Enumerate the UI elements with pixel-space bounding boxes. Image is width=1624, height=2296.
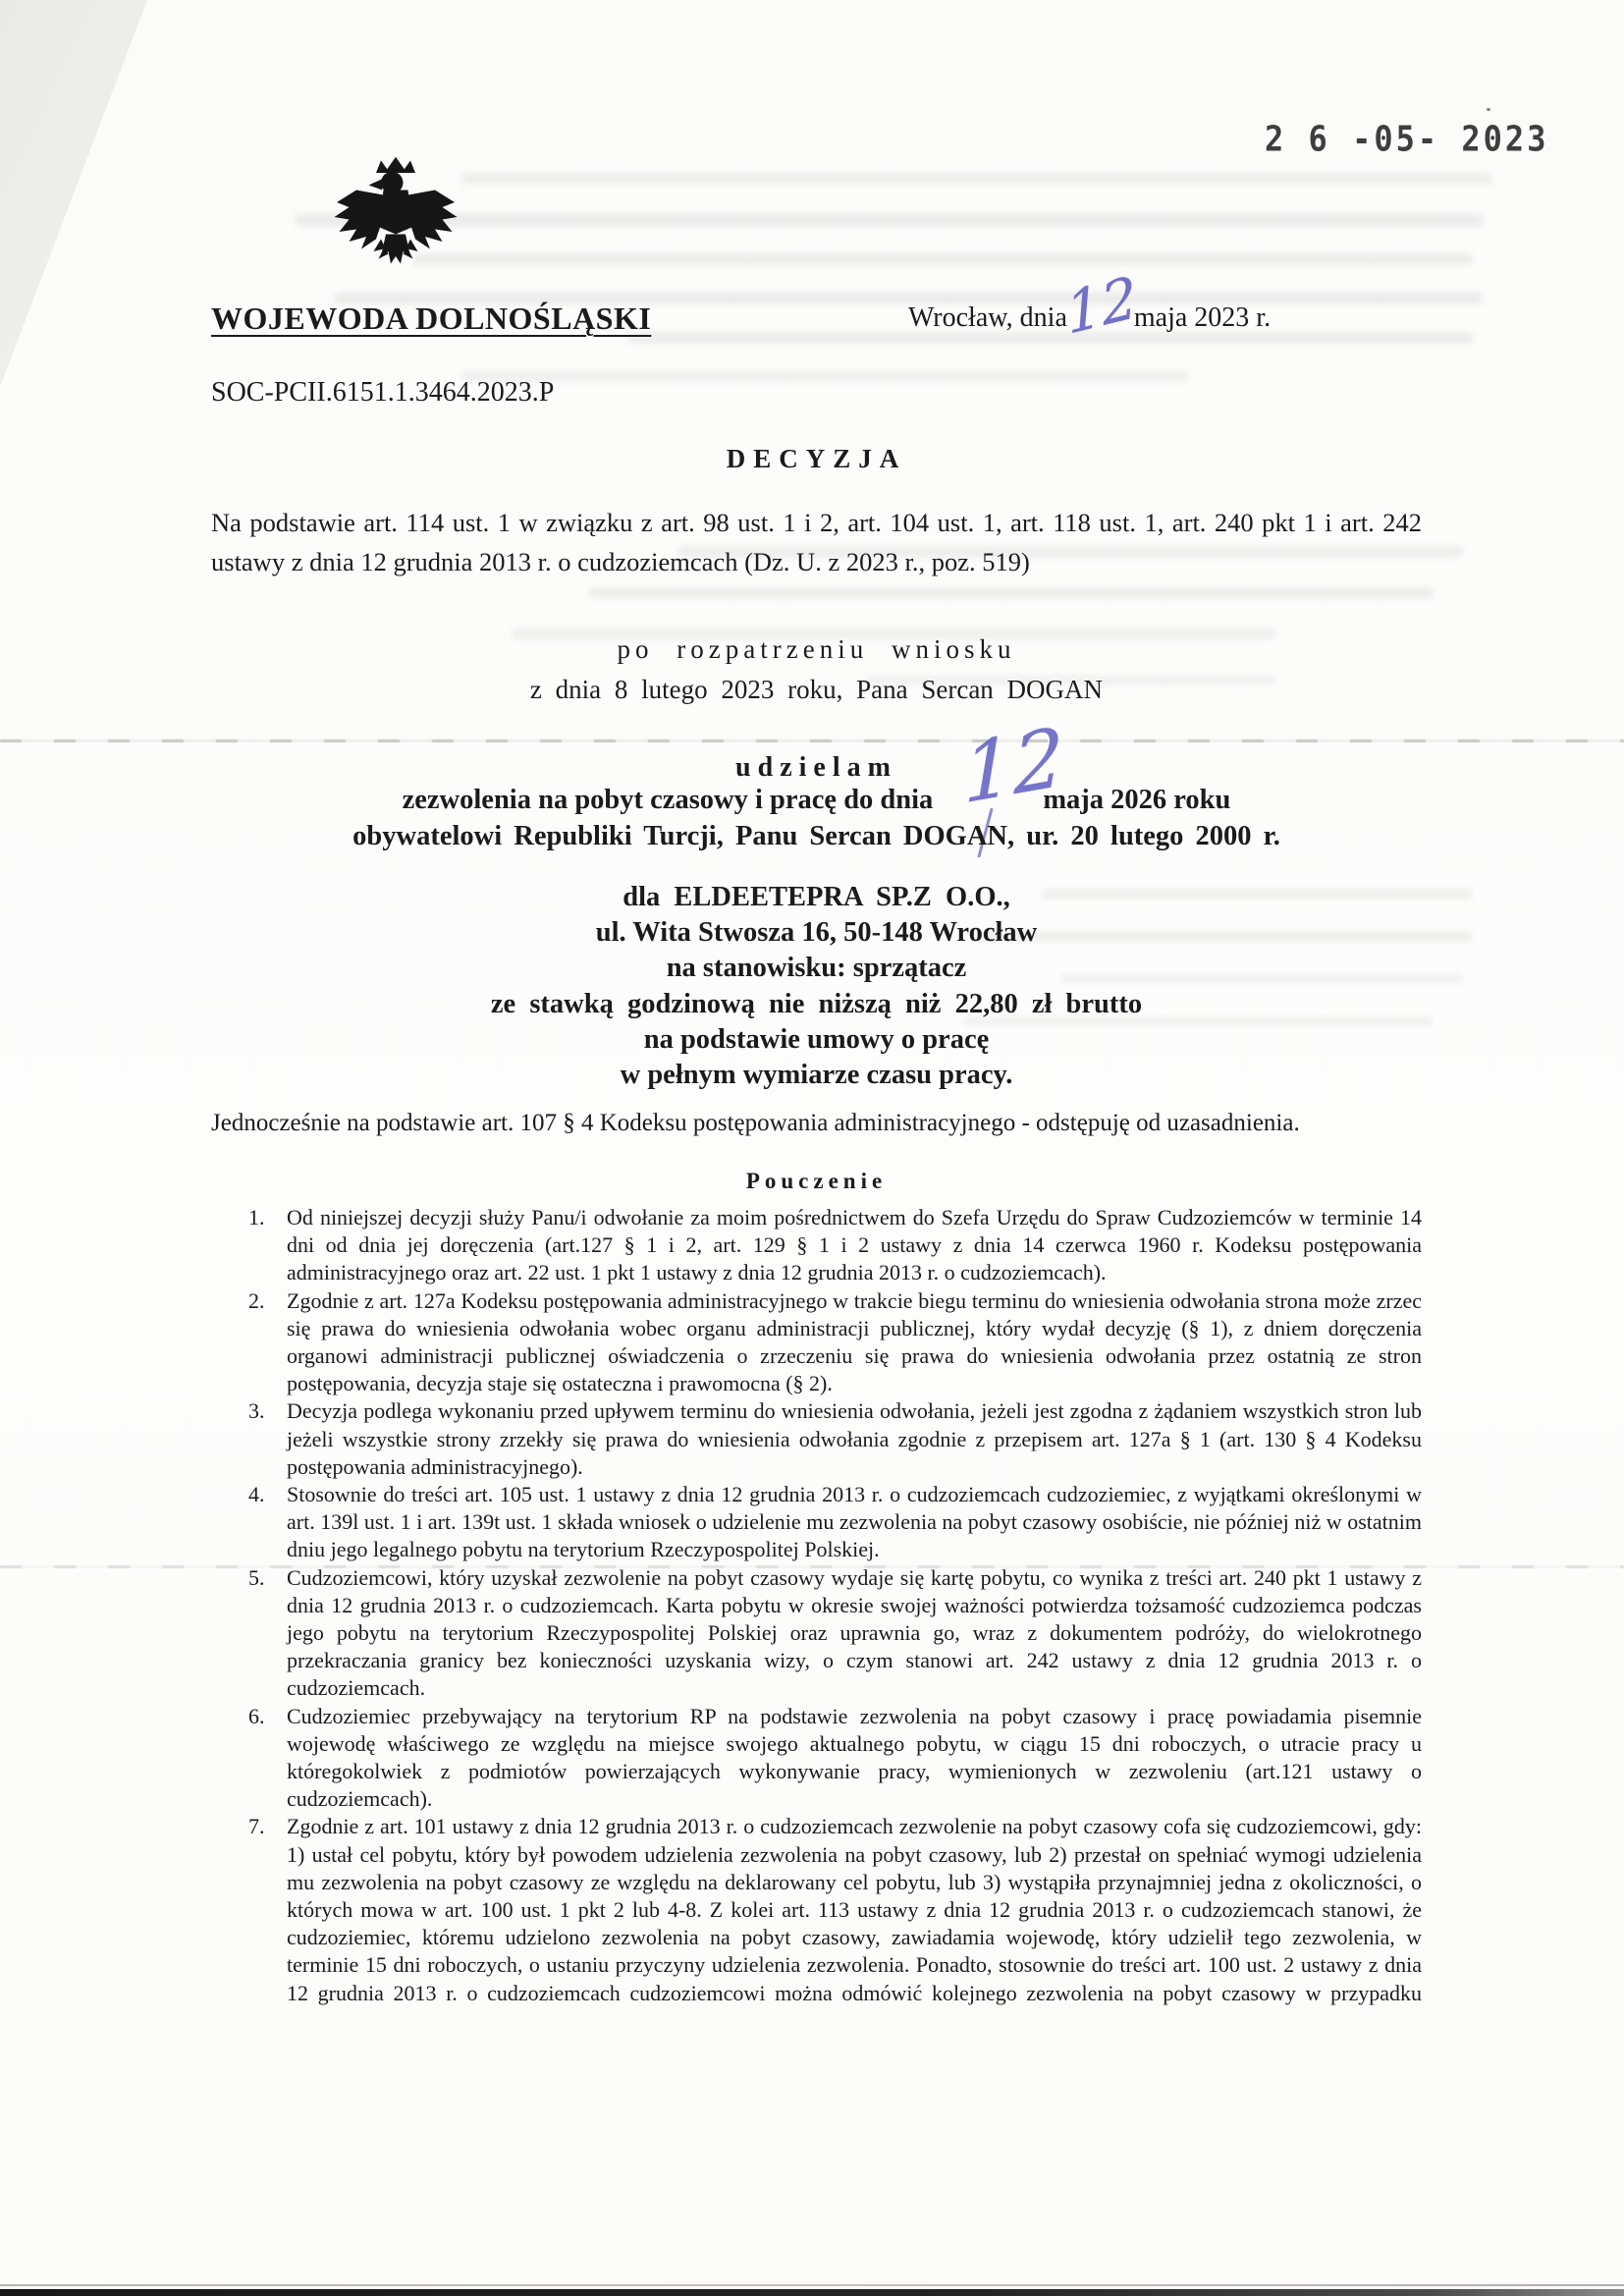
case-number: SOC-PCII.6151.1.3464.2023.P — [211, 377, 554, 409]
bleed-through-artifact — [461, 371, 1188, 382]
scanned-decision-page: 2 6 -05- 2023 WOJEWODA DOLNOŚLĄSKI Wrocł… — [0, 0, 1624, 2296]
instruction-item: 6. Cudzoziemiec przebywający na terytori… — [211, 1703, 1422, 1814]
instruction-text: Cudzoziemiec przebywający na terytorium … — [287, 1704, 1422, 1812]
grant-period-line: zezwolenia na pobyt czasowy i pracę do d… — [211, 785, 1422, 816]
instruction-item: 5. Cudzoziemcowi, który uzyskał zezwolen… — [211, 1564, 1422, 1703]
decision-title: DECYZJA — [211, 444, 1422, 474]
instruction-text: Decyzja podlega wykonaniu przed upływem … — [287, 1398, 1422, 1478]
instruction-text: Zgodnie z art. 127a Kodeksu postępowania… — [287, 1288, 1422, 1396]
wage-line: ze stawką godzinową nie niższą niż 22,80… — [211, 987, 1422, 1022]
instruction-text: Zgodnie z art. 101 ustawy z dnia 12 grud… — [287, 1814, 1422, 2004]
instructions-list: 1. Od niniejszej decyzji służy Panu/i od… — [211, 1204, 1422, 2007]
grant-period-prefix: zezwolenia na pobyt czasowy i pracę do d… — [403, 785, 934, 816]
instruction-number: 6. — [248, 1703, 265, 1730]
instruction-number: 4. — [248, 1481, 265, 1508]
instruction-item: 1. Od niniejszej decyzji służy Panu/i od… — [211, 1204, 1422, 1287]
employer-block: dla ELDEETEPRA SP.Z O.O., ul. Wita Stwos… — [211, 880, 1422, 1093]
grant-beneficiary-line: obywatelowi Republiki Turcji, Panu Serca… — [211, 821, 1422, 852]
paper-crease — [0, 739, 1624, 742]
consideration-line: po rozpatrzeniu wniosku — [211, 634, 1422, 665]
instruction-text: Cudzoziemcowi, który uzyskał zezwolenie … — [287, 1565, 1422, 1701]
instruction-item: 7. Zgodnie z art. 101 ustawy z dnia 12 g… — [211, 1813, 1422, 2006]
scan-speck — [1487, 108, 1490, 111]
instruction-number: 1. — [248, 1204, 265, 1231]
authority-name: WOJEWODA DOLNOŚLĄSKI — [211, 301, 651, 337]
instruction-item: 4. Stosownie do treści art. 105 ust. 1 u… — [211, 1481, 1422, 1564]
polish-eagle-emblem — [322, 153, 469, 301]
bleed-through-artifact — [589, 587, 1434, 599]
instruction-item: 3. Decyzja podlega wykonaniu przed upływ… — [211, 1397, 1422, 1481]
instruction-number: 5. — [248, 1564, 265, 1592]
place-date-suffix: maja 2023 r. — [1134, 302, 1271, 333]
instruction-text: Stosownie do treści art. 105 ust. 1 usta… — [287, 1482, 1422, 1561]
instruction-text: Od niniejszej decyzji służy Panu/i odwoł… — [287, 1205, 1422, 1285]
received-date-stamp: 2 6 -05- 2023 — [1265, 118, 1548, 160]
place-date-prefix: Wrocław, dnia — [908, 302, 1067, 333]
justification-waiver: Jednocześnie na podstawie art. 107 § 4 K… — [211, 1110, 1300, 1137]
employer-name-line: dla ELDEETEPRA SP.Z O.O., — [211, 880, 1422, 915]
bleed-through-artifact — [461, 173, 1492, 185]
worktime-line: w pełnym wymiarze czasu pracy. — [211, 1058, 1422, 1093]
scan-edge-band — [0, 2289, 1624, 2296]
legal-basis-paragraph: Na podstawie art. 114 ust. 1 w związku z… — [211, 503, 1422, 581]
applicant-line: z dnia 8 lutego 2023 roku, Pana Sercan D… — [211, 675, 1422, 705]
grant-keyword: udzielam — [211, 752, 1422, 784]
scan-edge-line — [0, 2284, 1624, 2286]
instructions-heading: Pouczenie — [211, 1169, 1422, 1194]
position-line: na stanowisku: sprzątacz — [211, 951, 1422, 986]
grant-period-suffix: maja 2026 roku — [1043, 785, 1230, 816]
instruction-number: 2. — [248, 1287, 265, 1315]
corner-fold-artifact — [0, 0, 147, 387]
instruction-number: 7. — [248, 1813, 265, 1840]
contract-line: na podstawie umowy o pracę — [211, 1022, 1422, 1058]
bleed-through-artifact — [295, 214, 1483, 226]
bleed-through-artifact — [412, 253, 1473, 265]
instruction-number: 3. — [248, 1397, 265, 1425]
handwritten-day-2023: 12 — [1063, 268, 1140, 343]
employer-address-line: ul. Wita Stwosza 16, 50-148 Wrocław — [211, 915, 1422, 951]
instruction-item: 2. Zgodnie z art. 127a Kodeksu postępowa… — [211, 1287, 1422, 1398]
handwritten-day-2026: 12 — [962, 717, 1064, 816]
